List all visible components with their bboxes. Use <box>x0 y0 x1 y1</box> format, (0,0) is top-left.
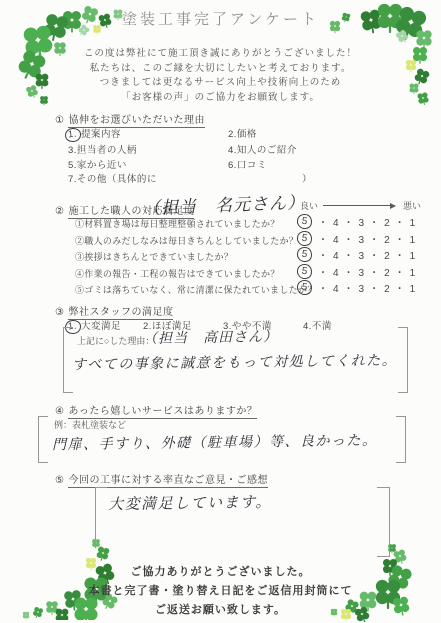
section1-number: ① <box>55 115 64 126</box>
option-very-satisfied: 1.大変満足 <box>68 318 121 334</box>
handwritten-staff-name: （担当 高田さん） <box>143 326 278 348</box>
option-label: 提案内容 <box>81 129 121 140</box>
question-grooming: ②職人のみだしなみは毎日きちんとしていましたか？ <box>75 234 298 247</box>
circled-rating-5: 5 <box>296 230 313 247</box>
section4-heading: ④あったら嬉しいサービスはありますか？ <box>55 402 257 417</box>
section3-heading: ③弊社スタッフの満足度 <box>55 303 173 318</box>
rating-scale: ・4・3・2・1 <box>318 247 420 262</box>
rating-row: 5・4・3・2・1 <box>297 214 420 229</box>
intro-line: 「お客様の声」のご協力をお願致します。 <box>0 91 441 106</box>
intro-line: つきましては更なるサービス向上や技術向上のため <box>0 76 441 91</box>
section2-number: ② <box>55 206 64 217</box>
rating-row: 5・4・3・2・1 <box>297 280 420 295</box>
survey-sheet: 塗装工事完了アンケート この度は弊社にて施工頂き誠にありがとうございました！ 私… <box>0 0 441 623</box>
option-proposal: 1.提案内容 <box>68 126 121 142</box>
option-word-of-mouth: 6.口コミ <box>228 157 267 171</box>
section5-number: ⑤ <box>55 475 64 486</box>
intro-line: 私たちは、このご縁を大切にしたいと考えております。 <box>0 62 441 77</box>
rating-scale: ・4・3・2・1 <box>318 280 420 295</box>
option-near-home: 5.家から近い <box>68 157 127 171</box>
handwritten-reason-text: すべての事象に誠意をもって対処してくれた。 <box>72 350 397 375</box>
handwritten-worker-name: （担当 名元さん） <box>143 188 306 219</box>
scale-bad-label: 悪い <box>403 199 421 212</box>
section5-heading: ⑤今回の工事に対する率直なご意見・ご感想 <box>55 471 268 486</box>
answer-bracket-left <box>63 327 73 393</box>
circled-rating-5: 5 <box>296 213 313 230</box>
option-dissatisfied: 4.不満 <box>303 318 332 332</box>
question-cleanliness: ⑤ゴミは落ちていなく、常に清潔に保たれていましたか？ <box>75 283 317 296</box>
footer-line: ご協力ありがとうございました。 <box>0 563 441 579</box>
option-price: 2.価格 <box>228 126 257 140</box>
option-other: 7.その他（具体的に <box>68 171 157 185</box>
page-title: 塗装工事完了アンケート <box>0 8 441 29</box>
footer-line: ご返送お願い致します。 <box>0 601 441 617</box>
rating-row: 5・4・3・2・1 <box>297 264 420 279</box>
handwritten-circle-mark: 1. <box>64 127 81 142</box>
handwritten-overall-comment: 大変満足しています。 <box>108 491 272 514</box>
rating-row: 5・4・3・2・1 <box>297 247 420 262</box>
question-work-report: ④作業の報告・工程の報告はできていましたか？ <box>75 267 280 280</box>
option-staff-personality: 3.担当者の人柄 <box>68 142 137 156</box>
footer-line: 本書と完了書・塗り替え日記をご返信用封筒にて <box>0 582 441 598</box>
option-other-close-paren: ） <box>302 171 312 185</box>
circled-rating-5: 5 <box>296 263 313 280</box>
rating-scale: ・4・3・2・1 <box>318 214 420 229</box>
question-greeting: ③挨拶はきちんとできていましたか？ <box>75 250 233 263</box>
section4-number: ④ <box>55 406 64 417</box>
circled-rating-5: 5 <box>296 279 313 296</box>
answer-bracket-left <box>95 487 107 548</box>
answer-bracket-right <box>377 487 390 557</box>
answer-bracket-left <box>38 416 48 463</box>
arrow-right-icon <box>323 205 395 206</box>
scale-good-label: 良い <box>300 199 318 212</box>
option-referral: 4.知人のご紹介 <box>228 142 297 156</box>
intro-paragraph: この度は弊社にて施工頂き誠にありがとうございました！ 私たちは、このご縁を大切に… <box>0 47 441 105</box>
intro-line: この度は弊社にて施工頂き誠にありがとうございました！ <box>0 47 441 62</box>
rating-scale: ・4・3・2・1 <box>318 231 420 246</box>
circled-rating-5: 5 <box>296 246 313 263</box>
answer-bracket-right <box>398 327 408 393</box>
rating-scale: ・4・3・2・1 <box>318 264 420 279</box>
section3-number: ③ <box>55 307 64 318</box>
handwritten-service-answer: 門扉、手すり、外礎（駐車場）等、良かった。 <box>52 430 378 455</box>
rating-row: 5・4・3・2・1 <box>297 231 420 246</box>
option-label: 大変満足 <box>81 321 121 332</box>
question-material-storage: ①材料置き場は毎日整理整頓されていましたか？ <box>75 217 280 230</box>
section1-heading: ①協伸をお選びいただいた理由 <box>55 111 205 126</box>
answer-bracket-right <box>396 416 406 463</box>
example-label: 例：表札塗装など <box>54 418 126 431</box>
